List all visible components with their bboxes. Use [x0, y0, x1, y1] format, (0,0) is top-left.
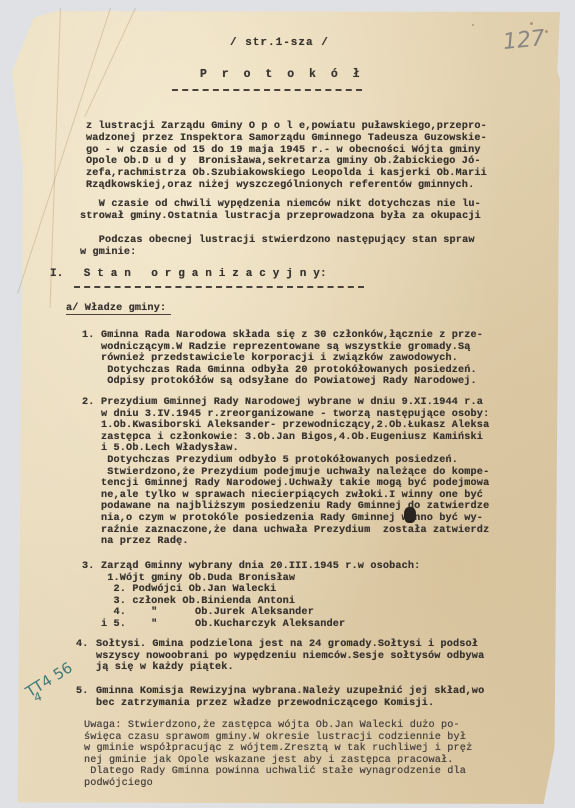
paragraph-2: W czasie od chwili wypędzenia niemców ni… — [80, 199, 481, 222]
text-line: na przez Radę. — [101, 536, 189, 547]
text-line: tencji Gminnej Rady Narodowej.Uchwały ta… — [101, 478, 489, 489]
text-line: zefa,rachmistrza Ob.Szubiakowskiego Leop… — [86, 168, 487, 179]
item-5-text: Gminna Komisja Rewizyjna wybrana.Należy … — [96, 686, 484, 709]
text-line: zastępca i członkowie: 3.Ob.Jan Bigos,4.… — [101, 432, 483, 443]
item-number: 1. — [82, 330, 95, 342]
text-line: 4. " Ob.Jurek Aleksander — [101, 607, 314, 618]
item-number: 5. — [76, 686, 89, 698]
text-line: ne,ale tylko w sprawach niecierpiących z… — [101, 490, 483, 501]
text-line: Zarząd Gminny wybrany dnia 20.III.1945 r… — [101, 561, 420, 572]
text-line: raźnie zaznaczone,że dana uchwała Prezyd… — [101, 525, 489, 536]
handwritten-page-number: 127 — [502, 26, 546, 55]
text-line: wszyscy nowoobrani po wypędzeniu niemców… — [96, 651, 484, 662]
text-line: Rządkowskiej,oraz niżej wyszczególnionyc… — [86, 180, 474, 191]
text-line: wadzonej przez Inspektora Samorządu Gmin… — [86, 133, 487, 144]
text-line: 2. Podwójci Ob.Jan Walecki — [101, 584, 276, 595]
text-line: Podczas obecnej lustracji stwierdzono na… — [80, 235, 475, 246]
text-line: W czasie od chwili wypędzenia niemców ni… — [80, 199, 481, 210]
text-line: Dotychczas Prezydium odbyło 5 protokółow… — [101, 455, 458, 466]
text-line: Stwierdzono,że Prezydium podejmuje uchwa… — [101, 467, 489, 478]
text-line: 1.Wójt gminy Ob.Duda Bronisław — [101, 573, 295, 584]
text-line: 3. członek Ob.Binienda Antoni — [101, 596, 295, 607]
text-line: również przedstawiciele korporacji i zwi… — [101, 353, 458, 364]
document-title: P r o t o k ó ł — [200, 69, 364, 81]
text-line: Sołtysi. Gmina podzielona jest na 24 gro… — [96, 639, 478, 650]
section-underline — [74, 286, 364, 288]
paragraph-3: Podczas obecnej lustracji stwierdzono na… — [80, 235, 475, 258]
text-line: podawane na najbliższym posiedzeniu Rady… — [101, 501, 489, 512]
text-line: Gminna Komisja Rewizyjna wybrana.Należy … — [96, 686, 484, 697]
intro-paragraph: z lustracji Zarządu Gminy O p o l e,powi… — [86, 121, 487, 192]
page-reference: / str.1-sza / — [230, 38, 329, 50]
subsection-heading: a/ Władze gminy: — [66, 303, 166, 315]
text-line: ją się w każdy piątek. — [96, 662, 234, 673]
text-line: święca czasu sprawom gminy.W okresie lus… — [84, 732, 466, 743]
text-line: Dlatego Rady Gminna powinna uchwalić sta… — [84, 766, 466, 777]
text-line: z lustracji Zarządu Gminy O p o l e,powi… — [86, 121, 487, 132]
text-line: w dniu 3.IV.1945 r.zreorganizowane - two… — [101, 409, 489, 420]
item-number: 3. — [82, 561, 95, 573]
paper-stain — [530, 22, 533, 25]
text-line: Prezydium Gminnej Rady Narodowej wybrane… — [101, 397, 483, 408]
item-number: 4. — [76, 639, 89, 651]
text-line: w gminie współpracując z wójtem.Zresztą … — [84, 743, 472, 754]
item-3-text: Zarząd Gminny wybrany dnia 20.III.1945 r… — [101, 561, 420, 631]
item-4-text: Sołtysi. Gmina podzielona jest na 24 gro… — [96, 639, 484, 674]
subsection-underline — [66, 314, 171, 315]
text-line: Uwaga: Stwierdzono,że zastępca wójta Ob.… — [84, 720, 460, 731]
text-line: i 5.Ob.Lech Władysław. — [101, 443, 239, 454]
item-number: 2. — [82, 397, 95, 409]
ink-blot — [404, 507, 416, 523]
text-line: nia,o czym w protokóle posiedzenia Rady … — [101, 513, 483, 524]
text-line: go - w czasie od 15 do 19 maja 1945 r.- … — [86, 145, 481, 156]
text-line: strował gminy.Ostatnia lustracja przepro… — [80, 211, 481, 222]
text-line: i 5. " Ob.Kucharczyk Aleksander — [101, 619, 345, 630]
text-line: Gminna Rada Narodowa składa się z 30 czł… — [101, 330, 483, 341]
item-1-text: Gminna Rada Narodowa składa się z 30 czł… — [101, 330, 483, 388]
paper-stain — [472, 24, 474, 26]
text-line: wodniczącym.W Radzie reprezentowane są w… — [101, 342, 471, 353]
text-line: bec zatrzymania przez władze przewodnicz… — [96, 698, 434, 709]
text-line: Odpisy protokółów są odsyłane do Powiato… — [101, 376, 477, 387]
text-line: Opole Ob.D u d y Bronisława,sekretarza g… — [86, 156, 481, 167]
text-line: podwójciego — [84, 778, 153, 789]
note-paragraph: Uwaga: Stwierdzono,że zastępca wójta Ob.… — [84, 720, 472, 790]
paper-stain — [545, 30, 548, 33]
text-line: nej gminie jak Opole wskazane jest aby i… — [84, 755, 454, 766]
item-2-text: Prezydium Gminnej Rady Narodowej wybrane… — [101, 397, 489, 548]
title-underline — [172, 89, 362, 91]
text-line: w gminie: — [80, 247, 136, 258]
section-heading: I. S t a n o r g a n i z a c y j n y: — [50, 269, 327, 281]
text-line: Dotychczas Rada Gminna odbyła 20 protokó… — [101, 365, 477, 376]
text-line: 1.Ob.Kwasiborski Aleksander- przewodnicz… — [101, 420, 489, 431]
